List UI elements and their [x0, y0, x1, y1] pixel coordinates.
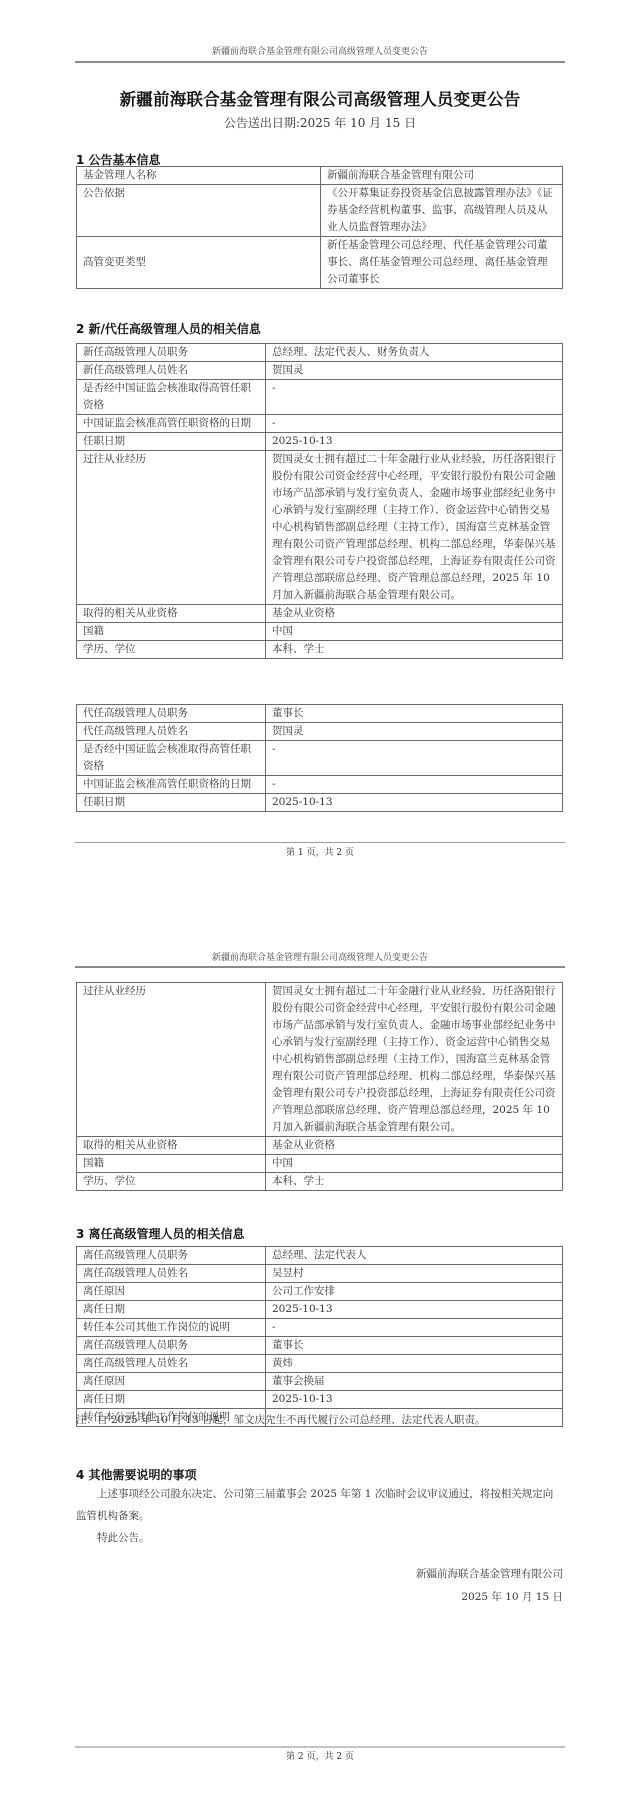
row-label: 离任高级管理人员职务	[77, 1247, 266, 1265]
row-label: 新任高级管理人员职务	[77, 344, 266, 362]
row-label: 过往从业经历	[77, 983, 266, 1137]
table-row: 基金管理人名称 新疆前海联合基金管理有限公司	[77, 167, 563, 185]
section-3-heading: 3 离任高级管理人员的相关信息	[76, 1225, 245, 1242]
header-divider	[75, 966, 565, 968]
row-label: 代任高级管理人员姓名	[77, 723, 266, 741]
row-value: 黄炜	[266, 1355, 563, 1373]
row-value: 总经理、法定代表人、财务负责人	[266, 344, 563, 362]
other-matters-paragraph: 上述事项经公司股东决定、公司第三届董事会 2025 年第 1 次临时会议审议通过…	[76, 1483, 563, 1527]
row-value: 《公开募集证券投资基金信息披露管理办法》《证券基金经营机构董事、监事、高级管理人…	[321, 185, 563, 237]
table-row: 离任高级管理人员职务总经理、法定代表人	[77, 1247, 563, 1265]
row-label: 是否经中国证监会核准取得高管任职资格	[77, 741, 266, 776]
section-2-heading: 2 新/代任高级管理人员的相关信息	[76, 320, 261, 337]
row-label: 转任本公司其他工作岗位的说明	[77, 1319, 266, 1337]
row-label: 离任高级管理人员姓名	[77, 1355, 266, 1373]
section-4-heading: 4 其他需要说明的事项	[76, 1466, 197, 1483]
table-row: 任职日期2025-10-13	[77, 433, 563, 451]
header-divider	[75, 61, 565, 63]
document-title: 新疆前海联合基金管理有限公司高级管理人员变更公告	[75, 86, 565, 110]
row-value: 基金从业资格	[266, 605, 563, 623]
row-value: 2025-10-13	[266, 1301, 563, 1319]
table-row: 离任原因董事会换届	[77, 1373, 563, 1391]
row-value: 新疆前海联合基金管理有限公司	[321, 167, 563, 185]
row-label: 代任高级管理人员职务	[77, 705, 266, 723]
table-row: 国籍中国	[77, 1155, 563, 1173]
row-label: 公告依据	[77, 185, 321, 237]
row-label: 是否经中国证监会核准取得高管任职资格	[77, 380, 266, 415]
table-row: 离任高级管理人员姓名黄炜	[77, 1355, 563, 1373]
departure-note: 注：自 2025 年 10 月 13 日起，邹文庆先生不再代履行公司总经理、法定…	[76, 1412, 563, 1429]
table-row: 取得的相关从业资格基金从业资格	[77, 605, 563, 623]
row-label: 离任原因	[77, 1373, 266, 1391]
table-row: 新任高级管理人员姓名贺国灵	[77, 362, 563, 380]
row-label: 基金管理人名称	[77, 167, 321, 185]
table-row: 离任原因公司工作安排	[77, 1283, 563, 1301]
row-label: 离任原因	[77, 1283, 266, 1301]
table-row: 离任高级管理人员姓名吴昱村	[77, 1265, 563, 1283]
row-value: 贺国灵	[266, 362, 563, 380]
row-value: -	[266, 1319, 563, 1337]
row-value: 中国	[266, 1155, 563, 1173]
row-value: 贺国灵女士拥有超过二十年金融行业从业经验，历任洛阳银行股份有限公司资金经营中心经…	[266, 451, 563, 605]
row-value: 吴昱村	[266, 1265, 563, 1283]
table-row: 过往从业经历贺国灵女士拥有超过二十年金融行业从业经验，历任洛阳银行股份有限公司资…	[77, 451, 563, 605]
row-label: 离任高级管理人员职务	[77, 1337, 266, 1355]
row-label: 新任高级管理人员姓名	[77, 362, 266, 380]
table-row: 过往从业经历贺国灵女士拥有超过二十年金融行业从业经验，历任洛阳银行股份有限公司资…	[77, 983, 563, 1137]
row-value: -	[266, 415, 563, 433]
row-value: -	[266, 380, 563, 415]
row-label: 国籍	[77, 623, 266, 641]
row-value: -	[266, 776, 563, 794]
row-value: 2025-10-13	[266, 1391, 563, 1409]
page-number: 第 2 页，共 2 页	[75, 1749, 565, 1762]
table-row: 代任高级管理人员姓名贺国灵	[77, 723, 563, 741]
row-label: 任职日期	[77, 433, 266, 451]
departing-executive-table: 离任高级管理人员职务总经理、法定代表人 离任高级管理人员姓名吴昱村 离任原因公司…	[76, 1246, 563, 1427]
basic-info-table: 基金管理人名称 新疆前海联合基金管理有限公司 公告依据 《公开募集证券投资基金信…	[76, 166, 563, 289]
row-label: 取得的相关从业资格	[77, 1137, 266, 1155]
table-row: 高管变更类型 新任基金管理公司总经理、代任基金管理公司董事长、离任基金管理公司总…	[77, 237, 563, 289]
row-value: 董事长	[266, 705, 563, 723]
document-subtitle: 公告送出日期:2025 年 10 月 15 日	[75, 114, 565, 131]
row-value: 基金从业资格	[266, 1137, 563, 1155]
table-row: 离任日期2025-10-13	[77, 1391, 563, 1409]
table-row: 是否经中国证监会核准取得高管任职资格-	[77, 741, 563, 776]
running-header: 新疆前海联合基金管理有限公司高级管理人员变更公告	[75, 950, 565, 963]
row-label: 过往从业经历	[77, 451, 266, 605]
row-label: 学历、学位	[77, 1173, 266, 1191]
table-row: 新任高级管理人员职务总经理、法定代表人、财务负责人	[77, 344, 563, 362]
footer-divider	[75, 842, 565, 843]
row-value: 本科、学士	[266, 641, 563, 659]
row-value: 2025-10-13	[266, 794, 563, 812]
row-value: 董事长	[266, 1337, 563, 1355]
table-row: 学历、学位本科、学士	[77, 1173, 563, 1191]
row-value: 本科、学士	[266, 1173, 563, 1191]
footer-divider	[75, 1746, 565, 1748]
row-value: 贺国灵女士拥有超过二十年金融行业从业经验，历任洛阳银行股份有限公司资金经营中心经…	[266, 983, 563, 1137]
table-row: 学历、学位本科、学士	[77, 641, 563, 659]
row-value: -	[266, 741, 563, 776]
closing-statement: 特此公告。	[76, 1527, 563, 1549]
row-value: 公司工作安排	[266, 1283, 563, 1301]
table-row: 代任高级管理人员职务董事长	[77, 705, 563, 723]
row-label: 离任日期	[77, 1391, 266, 1409]
table-row: 中国证监会核准高管任职资格的日期-	[77, 776, 563, 794]
row-label: 任职日期	[77, 794, 266, 812]
table-row: 是否经中国证监会核准取得高管任职资格-	[77, 380, 563, 415]
row-label: 国籍	[77, 1155, 266, 1173]
row-label: 高管变更类型	[77, 237, 321, 289]
row-label: 离任高级管理人员姓名	[77, 1265, 266, 1283]
row-value: 总经理、法定代表人	[266, 1247, 563, 1265]
table-row: 任职日期2025-10-13	[77, 794, 563, 812]
acting-executive-table-continued: 过往从业经历贺国灵女士拥有超过二十年金融行业从业经验，历任洛阳银行股份有限公司资…	[76, 982, 563, 1191]
row-value: 董事会换届	[266, 1373, 563, 1391]
table-row: 取得的相关从业资格基金从业资格	[77, 1137, 563, 1155]
table-row: 离任高级管理人员职务董事长	[77, 1337, 563, 1355]
running-header: 新疆前海联合基金管理有限公司高级管理人员变更公告	[75, 44, 565, 57]
table-row: 国籍中国	[77, 623, 563, 641]
table-row: 中国证监会核准高管任职资格的日期-	[77, 415, 563, 433]
acting-executive-table: 代任高级管理人员职务董事长 代任高级管理人员姓名贺国灵 是否经中国证监会核准取得…	[76, 704, 563, 812]
table-row: 离任日期2025-10-13	[77, 1301, 563, 1319]
signature-company: 新疆前海联合基金管理有限公司	[76, 1566, 563, 1581]
row-label: 取得的相关从业资格	[77, 605, 266, 623]
row-label: 中国证监会核准高管任职资格的日期	[77, 415, 266, 433]
new-executive-table: 新任高级管理人员职务总经理、法定代表人、财务负责人 新任高级管理人员姓名贺国灵 …	[76, 343, 563, 659]
table-row: 转任本公司其他工作岗位的说明-	[77, 1319, 563, 1337]
table-row: 公告依据 《公开募集证券投资基金信息披露管理办法》《证券基金经营机构董事、监事、…	[77, 185, 563, 237]
row-label: 学历、学位	[77, 641, 266, 659]
row-label: 离任日期	[77, 1301, 266, 1319]
row-value: 贺国灵	[266, 723, 563, 741]
page-number: 第 1 页，共 2 页	[75, 845, 565, 858]
row-value: 中国	[266, 623, 563, 641]
row-value: 新任基金管理公司总经理、代任基金管理公司董事长、离任基金管理公司总经理、离任基金…	[321, 237, 563, 289]
signature-date: 2025 年 10 月 15 日	[76, 1589, 563, 1604]
row-value: 2025-10-13	[266, 433, 563, 451]
row-label: 中国证监会核准高管任职资格的日期	[77, 776, 266, 794]
